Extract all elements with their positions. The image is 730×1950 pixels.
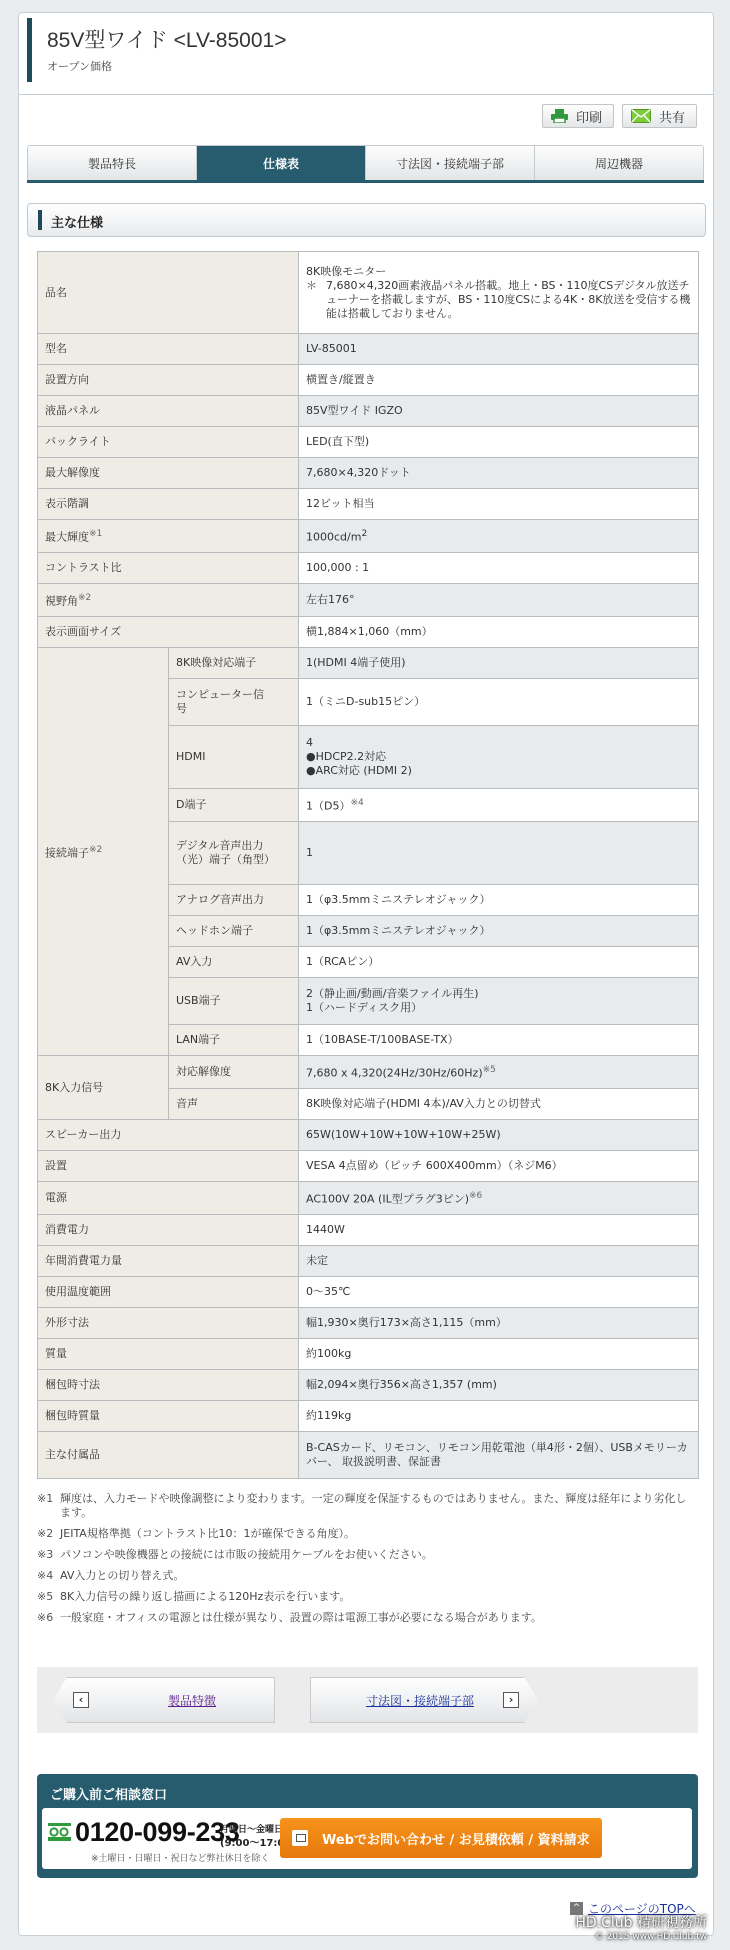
row-value: 1440W [299, 1215, 699, 1246]
row-value: 1 [299, 822, 699, 885]
sub-label: 対応解像度 [169, 1056, 299, 1089]
table-row: 梱包時寸法幅2,094×奥行356×高さ1,357 (mm) [38, 1370, 699, 1401]
note-mark: ＊ [306, 279, 326, 321]
table-row: 設置VESA 4点留め（ピッチ 600X400mm）（ネジM6） [38, 1151, 699, 1182]
phone-number[interactable]: 0120-099-233 [75, 1817, 240, 1848]
row-value: 4 ●HDCP2.2対応 ●ARC対応 (HDMI 2) [299, 726, 699, 789]
footnote-6: ※6一般家庭・オフィスの電源とは仕様が異なり、設置の際は電源工事が必要になる場合… [37, 1611, 697, 1625]
row-label: 使用温度範囲 [38, 1277, 299, 1308]
closed-note: ※土曜日・日曜日・祝日など弊社休日を除く [91, 1851, 270, 1864]
table-row: 最大輝度※1 1000cd/m2 [38, 520, 699, 553]
row-value: 横1,884×1,060（mm） [299, 617, 699, 648]
row-label: スピーカー出力 [38, 1120, 299, 1151]
contact-title: ご購入前ご相談窓口 [50, 1784, 167, 1803]
row-value: 0～35℃ [299, 1277, 699, 1308]
footnote-3: ※3パソコンや映像機器との接続には市販の接続用ケーブルをお使いください。 [37, 1548, 697, 1562]
row-label: 電源 [38, 1182, 299, 1215]
print-label: 印刷 [576, 107, 602, 126]
sub-label: LAN端子 [169, 1025, 299, 1056]
row-label: 主な付属品 [38, 1432, 299, 1479]
table-row: 液晶パネル85V型ワイド IGZO [38, 396, 699, 427]
footnote-2: ※2JEITA規格準拠（コントラスト比10：1が確保できる角度）。 [37, 1527, 697, 1541]
row-value: LED(直下型) [299, 427, 699, 458]
row-label: 年間消費電力量 [38, 1246, 299, 1277]
footnote-5: ※58K入力信号の繰り返し描画による120Hz表示を行います。 [37, 1590, 697, 1604]
spec-table: 品名 8K映像モニター ＊ 7,680×4,320画素液晶パネル搭載。地上・BS… [37, 251, 699, 1479]
row-value: 1（10BASE-T/100BASE-TX） [299, 1025, 699, 1056]
row-label: 設置方向 [38, 365, 299, 396]
next-page-button[interactable]: 寸法図・接続端子部 › [310, 1677, 538, 1723]
row-label: 最大解像度 [38, 458, 299, 489]
table-row: 8K入力信号 対応解像度 7,680 x 4,320(24Hz/30Hz/60H… [38, 1056, 699, 1089]
prev-page-button[interactable]: ‹ 製品特徴 [53, 1677, 275, 1723]
web-inquiry-label: Webでお問い合わせ / お見積依頼 / 資料請求 [322, 1829, 590, 1848]
row-label: バックライト [38, 427, 299, 458]
table-row: バックライトLED(直下型) [38, 427, 699, 458]
chevron-right-icon: › [503, 1692, 519, 1708]
row-value: 100,000 : 1 [299, 553, 699, 584]
row-label: 表示階調 [38, 489, 299, 520]
row-value: 約100kg [299, 1339, 699, 1370]
row-label: 最大輝度※1 [38, 520, 299, 553]
row-label: 型名 [38, 334, 299, 365]
table-row: 接続端子※2 8K映像対応端子 1(HDMI 4端子使用) [38, 648, 699, 679]
freedial-icon [48, 1823, 71, 1841]
sub-label: USB端子 [169, 978, 299, 1025]
row-label: コントラスト比 [38, 553, 299, 584]
price-label: オープン価格 [47, 58, 112, 74]
row-value: 1（D5）※4 [299, 789, 699, 822]
row-label: 品名 [38, 252, 299, 334]
print-button[interactable]: 印刷 [542, 104, 614, 128]
row-value: 7,680 x 4,320(24Hz/30Hz/60Hz)※5 [299, 1056, 699, 1089]
row-value: VESA 4点留め（ピッチ 600X400mm）（ネジM6） [299, 1151, 699, 1182]
row-value: AC100V 20A (IL型プラグ3ピン)※6 [299, 1182, 699, 1215]
row-label: 消費電力 [38, 1215, 299, 1246]
footnote-1: ※1輝度は、入力モードや映像調整により変わります。一定の輝度を保証するものではあ… [37, 1492, 697, 1520]
web-inquiry-button[interactable]: Webでお問い合わせ / お見積依頼 / 資料請求 [280, 1818, 602, 1858]
row-value: 7,680×4,320ドット [299, 458, 699, 489]
sub-label: デジタル音声出力（光）端子（角型） [169, 822, 299, 885]
tab-accessories[interactable]: 周辺機器 [535, 146, 703, 180]
next-page-link[interactable]: 寸法図・接続端子部 [366, 1692, 474, 1709]
row-value: B-CASカード、リモコン、リモコン用乾電池（単4形・2個）、USBメモリーカバ… [299, 1432, 699, 1479]
row-value: 横置き/縦置き [299, 365, 699, 396]
table-row: 視野角※2 左右176° [38, 584, 699, 617]
tab-underline [27, 180, 704, 183]
chevron-left-icon: ‹ [73, 1692, 89, 1708]
sub-label: コンピューター信号 [169, 679, 299, 726]
prev-page-link[interactable]: 製品特徴 [168, 1692, 216, 1709]
page-title: 85V型ワイド <LV-85001> [47, 24, 286, 54]
table-row: 外形寸法幅1,930×奥行173×高さ1,115（mm） [38, 1308, 699, 1339]
row-label: 液晶パネル [38, 396, 299, 427]
tab-dimensions[interactable]: 寸法図・接続端子部 [366, 146, 535, 180]
watermark-line1: HD.Club 精研視務所 [572, 1912, 707, 1932]
row-value: 2（静止画/動画/音楽ファイル再生) 1（ハードディスク用） [299, 978, 699, 1025]
row-value: 1（φ3.5mmミニステレオジャック） [299, 916, 699, 947]
row-value: 1（ミニD-sub15ピン） [299, 679, 699, 726]
product-type: 8K映像モニター [306, 265, 691, 279]
table-row: 年間消費電力量未定 [38, 1246, 699, 1277]
header-divider [18, 94, 714, 95]
window-icon [292, 1830, 308, 1846]
table-row: 消費電力1440W [38, 1215, 699, 1246]
share-button[interactable]: 共有 [622, 104, 697, 128]
section-header: 主な仕様 [27, 203, 706, 237]
table-row: コントラスト比100,000 : 1 [38, 553, 699, 584]
table-row: 主な付属品B-CASカード、リモコン、リモコン用乾電池（単4形・2個）、USBメ… [38, 1432, 699, 1479]
sub-label: AV入力 [169, 947, 299, 978]
row-value: LV-85001 [299, 334, 699, 365]
footnote-4: ※4AV入力との切り替え式。 [37, 1569, 697, 1583]
row-label: 設置 [38, 1151, 299, 1182]
row-value: 幅2,094×奥行356×高さ1,357 (mm) [299, 1370, 699, 1401]
watermark-line2: © 2015 www.HD.Club.tw [572, 1932, 707, 1942]
row-value: 12ビット相当 [299, 489, 699, 520]
footnotes: ※1輝度は、入力モードや映像調整により変わります。一定の輝度を保証するものではあ… [37, 1492, 697, 1632]
group-label-8k-input: 8K入力信号 [38, 1056, 169, 1120]
table-row: 品名 8K映像モニター ＊ 7,680×4,320画素液晶パネル搭載。地上・BS… [38, 252, 699, 334]
row-value: 65W(10W+10W+10W+10W+25W) [299, 1120, 699, 1151]
row-value: 未定 [299, 1246, 699, 1277]
table-row: 質量約100kg [38, 1339, 699, 1370]
contact-inner: 0120-099-233 月曜日～金曜日 (9:00～17:00) ※土曜日・日… [42, 1808, 692, 1869]
tab-bar: 製品特長 仕様表 寸法図・接続端子部 周辺機器 [27, 145, 704, 180]
table-row: 表示画面サイズ横1,884×1,060（mm） [38, 617, 699, 648]
table-row: 最大解像度7,680×4,320ドット [38, 458, 699, 489]
table-row: 設置方向横置き/縦置き [38, 365, 699, 396]
row-label: 梱包時質量 [38, 1401, 299, 1432]
page-navigation: ‹ 製品特徴 寸法図・接続端子部 › [37, 1667, 698, 1733]
sub-label: ヘッドホン端子 [169, 916, 299, 947]
table-row: スピーカー出力65W(10W+10W+10W+10W+25W) [38, 1120, 699, 1151]
section-title: 主な仕様 [51, 212, 103, 231]
row-value: 約119kg [299, 1401, 699, 1432]
row-value: 8K映像モニター ＊ 7,680×4,320画素液晶パネル搭載。地上・BS・11… [299, 252, 699, 334]
tab-features[interactable]: 製品特長 [28, 146, 197, 180]
contact-box: ご購入前ご相談窓口 0120-099-233 月曜日～金曜日 (9:00～17:… [37, 1774, 698, 1878]
share-label: 共有 [659, 107, 685, 126]
tab-specs[interactable]: 仕様表 [197, 146, 366, 180]
group-label-connectors: 接続端子※2 [38, 648, 169, 1056]
sub-label: 音声 [169, 1089, 299, 1120]
row-value: 8K映像対応端子(HDMI 4本)/AV入力との切替式 [299, 1089, 699, 1120]
mail-icon [631, 109, 651, 123]
printer-icon [551, 109, 568, 123]
row-value: 1(HDMI 4端子使用) [299, 648, 699, 679]
sub-label: アナログ音声出力 [169, 885, 299, 916]
row-value: 左右176° [299, 584, 699, 617]
watermark: HD.Club 精研視務所 © 2015 www.HD.Club.tw [572, 1912, 707, 1942]
row-value: 85V型ワイド IGZO [299, 396, 699, 427]
row-label: 表示画面サイズ [38, 617, 299, 648]
row-value: 1（φ3.5mmミニステレオジャック） [299, 885, 699, 916]
row-value: 1000cd/m2 [299, 520, 699, 553]
row-value: 1（RCAピン） [299, 947, 699, 978]
table-row: 電源AC100V 20A (IL型プラグ3ピン)※6 [38, 1182, 699, 1215]
sub-label: D端子 [169, 789, 299, 822]
row-label: 視野角※2 [38, 584, 299, 617]
sub-label: 8K映像対応端子 [169, 648, 299, 679]
table-row: 表示階調12ビット相当 [38, 489, 699, 520]
sub-label: HDMI [169, 726, 299, 789]
row-label: 梱包時寸法 [38, 1370, 299, 1401]
row-label: 外形寸法 [38, 1308, 299, 1339]
section-accent-bar [38, 210, 42, 230]
row-value: 幅1,930×奥行173×高さ1,115（mm） [299, 1308, 699, 1339]
product-note: 7,680×4,320画素液晶パネル搭載。地上・BS・110度CSデジタル放送チ… [326, 279, 691, 321]
table-row: 型名LV-85001 [38, 334, 699, 365]
table-row: 使用温度範囲0～35℃ [38, 1277, 699, 1308]
title-accent-bar [27, 18, 32, 82]
table-row: 梱包時質量約119kg [38, 1401, 699, 1432]
row-label: 質量 [38, 1339, 299, 1370]
